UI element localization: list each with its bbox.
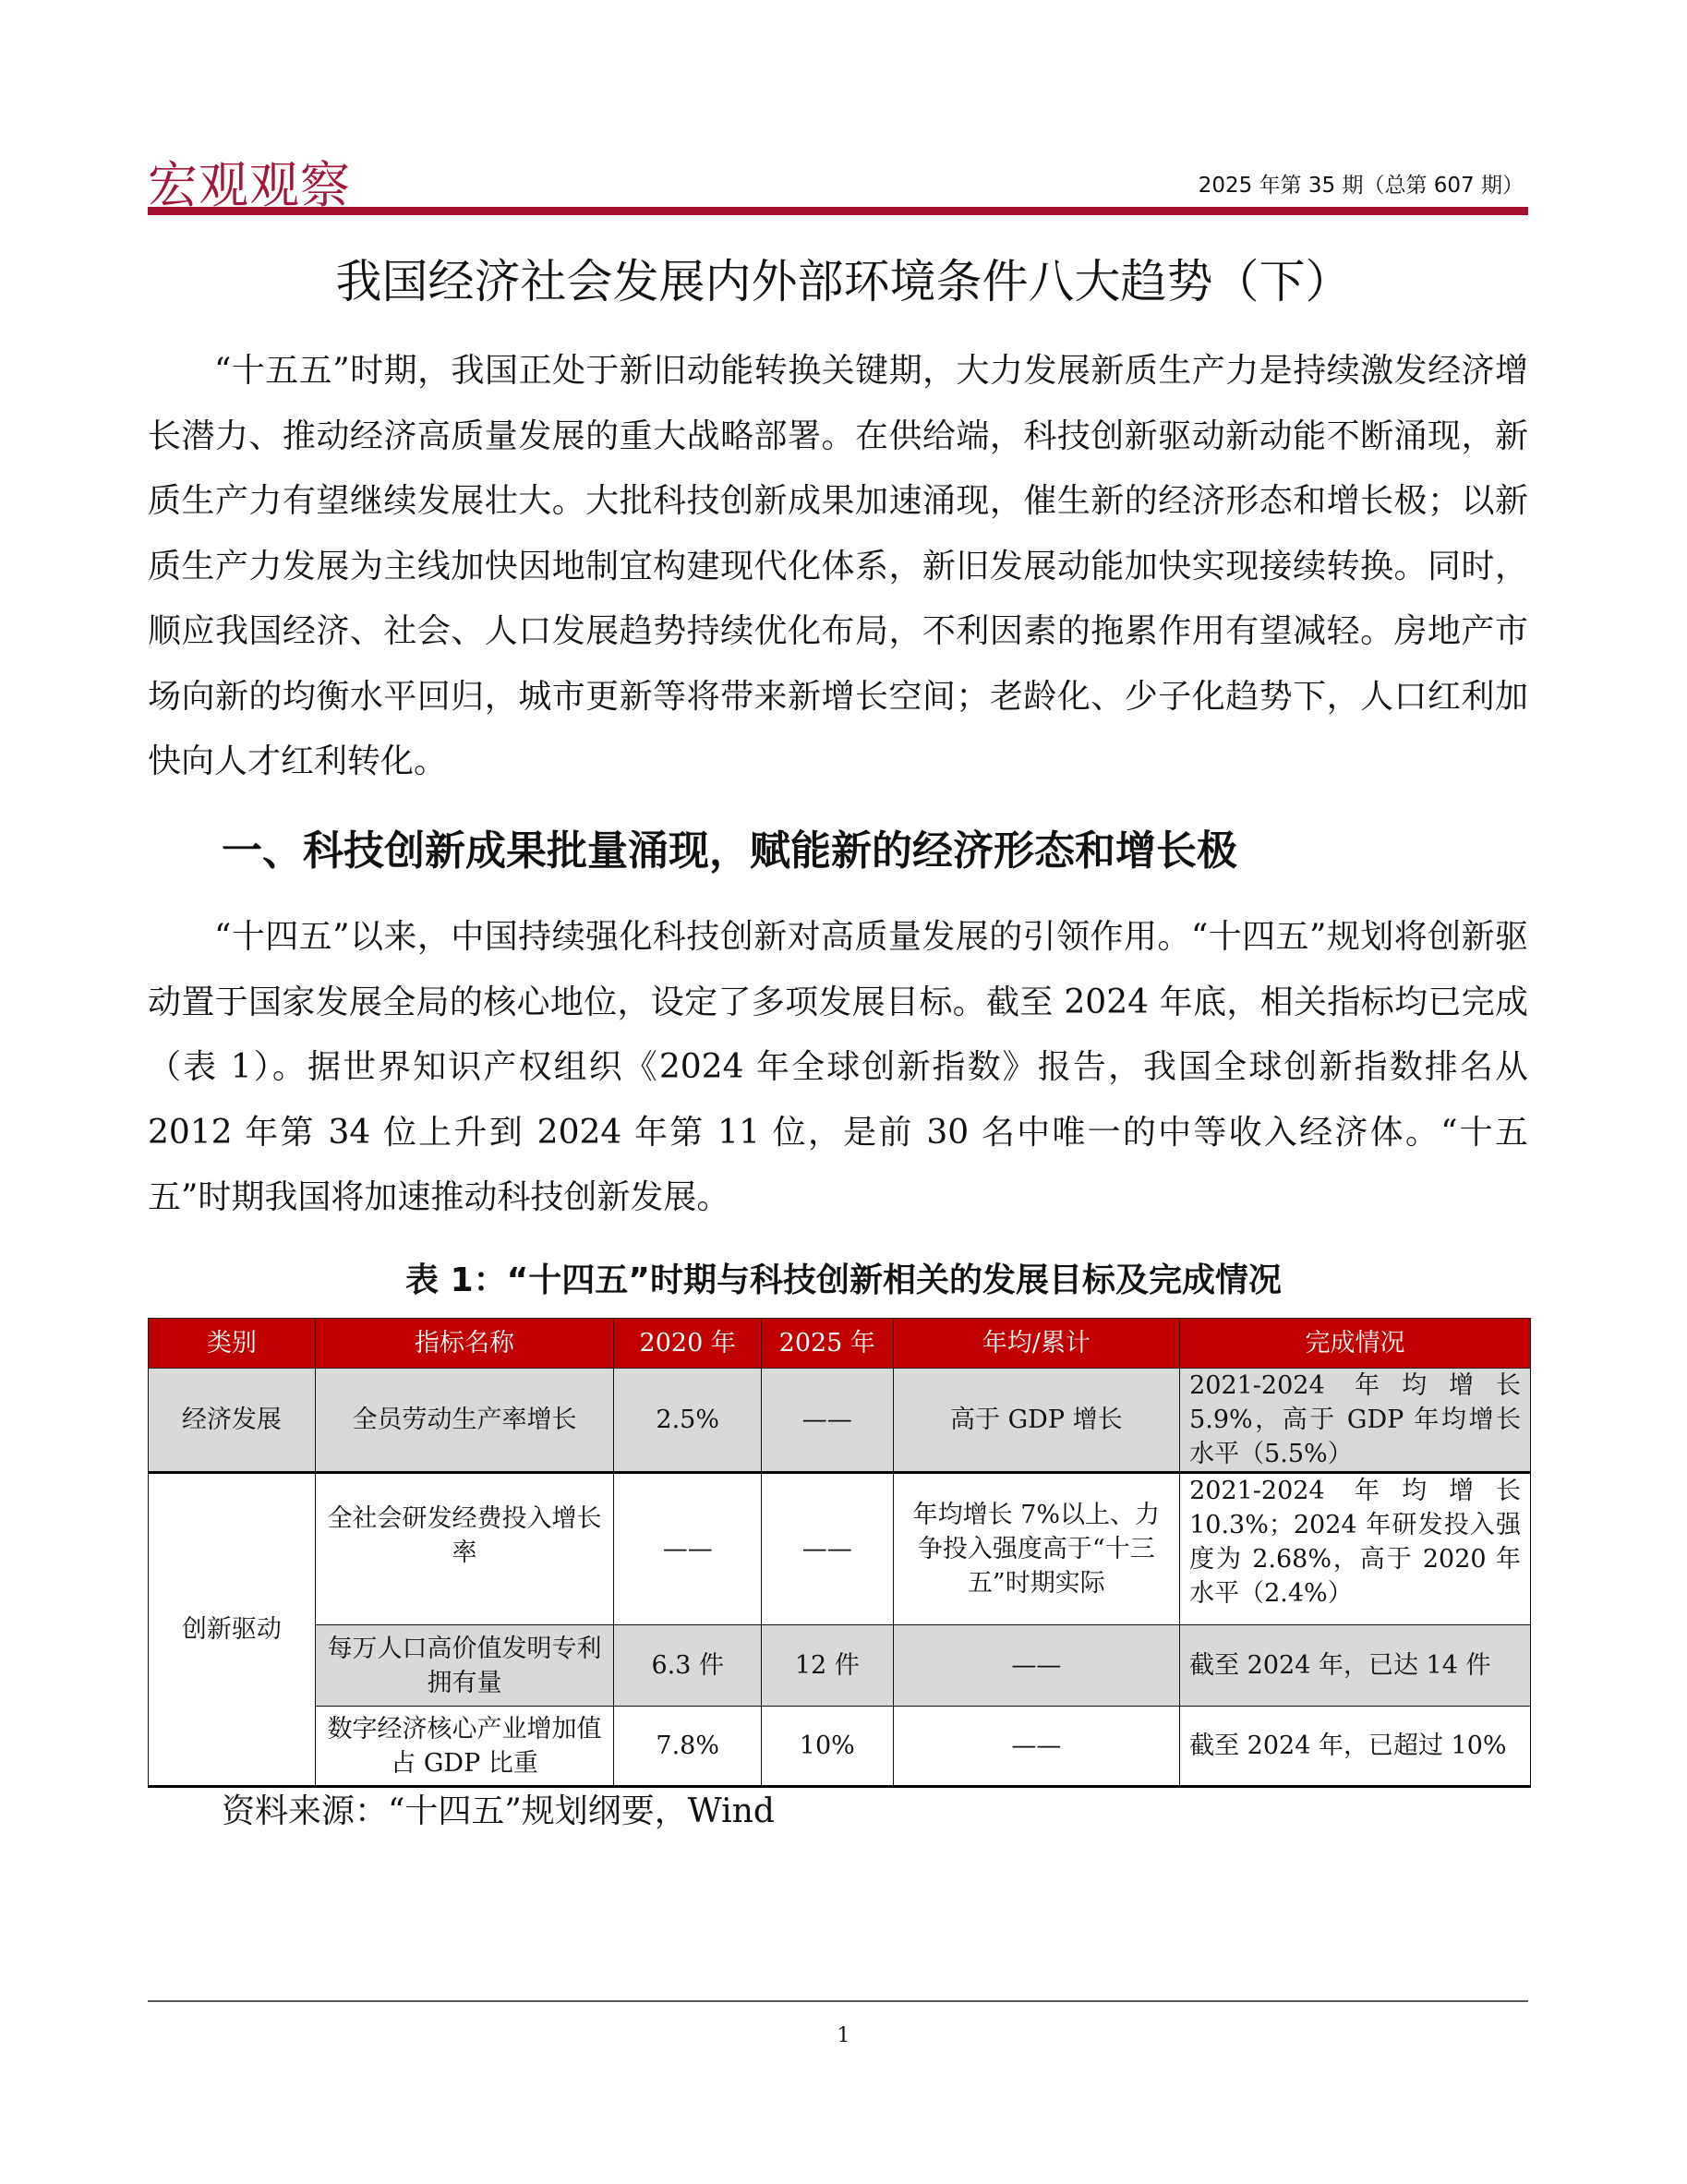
- document-title: 我国经济社会发展内外部环境条件八大趋势（下）: [0, 245, 1687, 311]
- value-2020-cell: 6.3 件: [614, 1625, 762, 1707]
- table-caption: 表 1：“十四五”时期与科技创新相关的发展目标及完成情况: [0, 1254, 1687, 1301]
- category-cell: 经济发展: [149, 1369, 316, 1473]
- section-paragraph-text: “十四五”以来，中国持续强化科技创新对高质量发展的引领作用。“十四五”规划将创新…: [148, 905, 1528, 1231]
- table-row: 每万人口高价值发明专利拥有量 6.3 件 12 件 —— 截至 2024 年，已…: [149, 1625, 1531, 1707]
- value-2025-cell: ——: [762, 1369, 894, 1473]
- section-paragraph: “十四五”以来，中国持续强化科技创新对高质量发展的引领作用。“十四五”规划将创新…: [148, 905, 1528, 1231]
- status-cell: 截至 2024 年，已超过 10%: [1180, 1707, 1531, 1787]
- footer-divider: [148, 2000, 1528, 2002]
- status-cell: 2021-2024 年均增长 5.9%，高于 GDP 年均增长水平（5.5%）: [1180, 1369, 1531, 1473]
- table-row: 经济发展 全员劳动生产率增长 2.5% —— 高于 GDP 增长 2021-20…: [149, 1369, 1531, 1473]
- status-cell: 2021-2024 年均增长 10.3%；2024 年研发投入强度为 2.68%…: [1180, 1473, 1531, 1625]
- table-row: 创新驱动 全社会研发经费投入增长率 —— —— 年均增长 7%以上、力争投入强度…: [149, 1473, 1531, 1625]
- status-cell: 截至 2024 年，已达 14 件: [1180, 1625, 1531, 1707]
- indicator-cell: 全社会研发经费投入增长率: [315, 1473, 614, 1625]
- page-number: 1: [0, 2024, 1687, 2047]
- targets-table: 类别 指标名称 2020 年 2025 年 年均/累计 完成情况 经济发展 全员…: [148, 1318, 1531, 1788]
- issue-number: 2025 年第 35 期（总第 607 期）: [1199, 168, 1524, 199]
- value-2025-cell: ——: [762, 1473, 894, 1625]
- header-divider: [148, 207, 1528, 215]
- avg-cell: 年均增长 7%以上、力争投入强度高于“十三五”时期实际: [893, 1473, 1180, 1625]
- column-header: 完成情况: [1180, 1319, 1531, 1369]
- avg-cell: 高于 GDP 增长: [893, 1369, 1180, 1473]
- section-heading: 一、科技创新成果批量涌现，赋能新的经济形态和增长极: [222, 817, 1237, 876]
- intro-paragraph: “十五五”时期，我国正处于新旧动能转换关键期，大力发展新质生产力是持续激发经济增…: [148, 339, 1528, 795]
- table-header-row: 类别 指标名称 2020 年 2025 年 年均/累计 完成情况: [149, 1319, 1531, 1369]
- value-2020-cell: 7.8%: [614, 1707, 762, 1787]
- value-2025-cell: 10%: [762, 1707, 894, 1787]
- column-header: 2025 年: [762, 1319, 894, 1369]
- indicator-cell: 数字经济核心产业增加值占 GDP 比重: [315, 1707, 614, 1787]
- indicator-cell: 每万人口高价值发明专利拥有量: [315, 1625, 614, 1707]
- avg-cell: ——: [893, 1625, 1180, 1707]
- avg-cell: ——: [893, 1707, 1180, 1787]
- table-source-note: 资料来源：“十四五”规划纲要，Wind: [222, 1785, 775, 1832]
- intro-paragraph-text: “十五五”时期，我国正处于新旧动能转换关键期，大力发展新质生产力是持续激发经济增…: [148, 339, 1528, 795]
- table-row: 数字经济核心产业增加值占 GDP 比重 7.8% 10% —— 截至 2024 …: [149, 1707, 1531, 1787]
- column-header: 指标名称: [315, 1319, 614, 1369]
- value-2025-cell: 12 件: [762, 1625, 894, 1707]
- value-2020-cell: ——: [614, 1473, 762, 1625]
- category-cell: 创新驱动: [149, 1473, 316, 1787]
- column-header: 2020 年: [614, 1319, 762, 1369]
- value-2020-cell: 2.5%: [614, 1369, 762, 1473]
- column-header: 年均/累计: [893, 1319, 1180, 1369]
- column-header: 类别: [149, 1319, 316, 1369]
- indicator-cell: 全员劳动生产率增长: [315, 1369, 614, 1473]
